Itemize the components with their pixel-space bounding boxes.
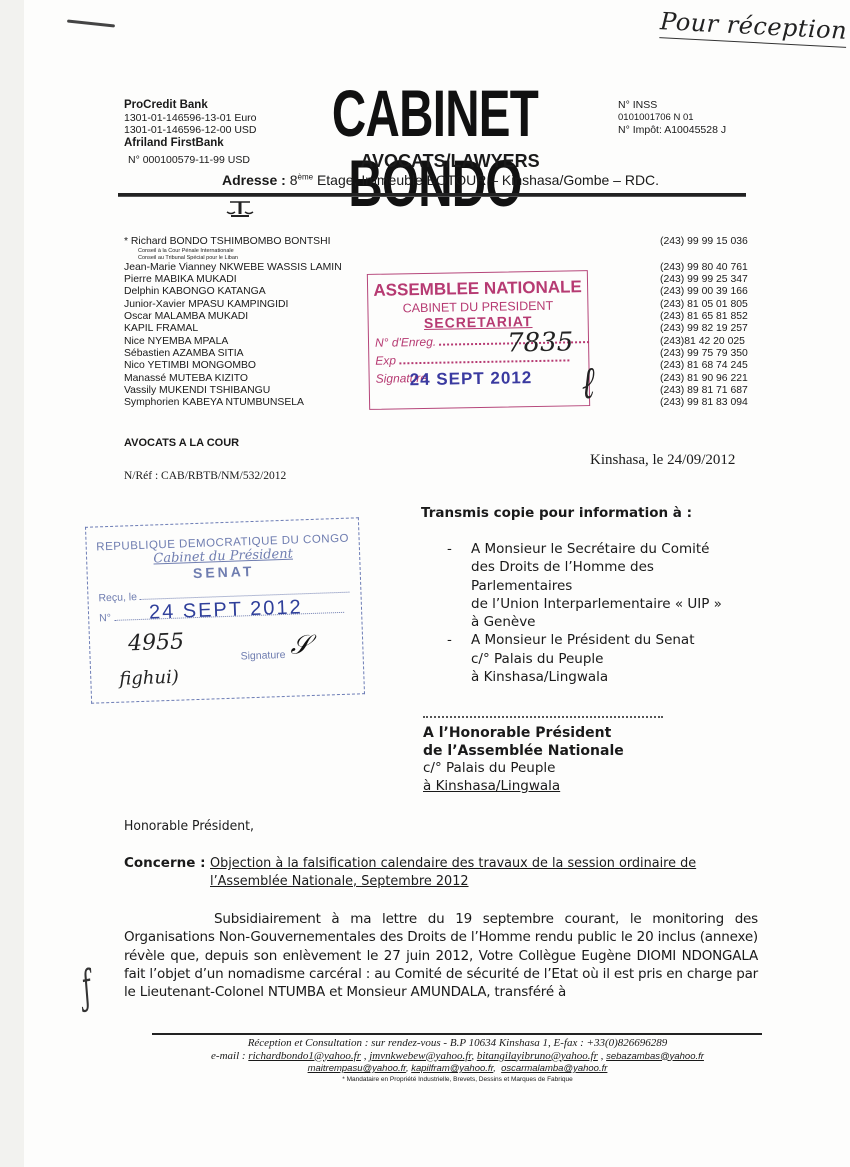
- bank2-account: N° 000100579-11-99 USD: [124, 154, 257, 167]
- email-link[interactable]: sebazambas@yahoo.fr: [606, 1051, 704, 1062]
- bank-details: ProCredit Bank 1301-01-146596-13-01 Euro…: [124, 99, 257, 167]
- lawyer-phone: (243) 99 00 39 166: [660, 286, 748, 298]
- handwritten-note-pour-reception: Pour réception: [659, 7, 847, 48]
- lawyer-phone: (243) 99 81 83 094: [660, 397, 748, 409]
- handwritten-register-number: 7835: [507, 327, 574, 358]
- lawyer-phone: (243) 81 05 01 805: [660, 299, 748, 311]
- stamp-senat-no-label: N°: [99, 612, 111, 624]
- addressee-line3: c/° Palais du Peuple: [423, 760, 624, 778]
- email-link[interactable]: bitangilayibruno@yahoo.fr: [477, 1050, 598, 1062]
- stamp-assemblee-nationale: ASSEMBLEE NATIONALE CABINET DU PRESIDENT…: [367, 270, 590, 410]
- avocats-a-la-cour: AVOCATS A LA COUR: [124, 437, 239, 449]
- handwritten-signature: ℓ: [582, 357, 595, 410]
- lawyers-phones: (243) 99 99 15 036 (243) 99 80 40 761 (2…: [660, 236, 748, 410]
- subject-label: Concerne :: [124, 854, 205, 890]
- email-link[interactable]: oscarmalamba@yahoo.fr: [501, 1063, 607, 1074]
- place-and-date: Kinshasa, le 24/09/2012: [590, 452, 735, 469]
- lawyer-phone: (243) 99 82 19 257: [660, 323, 748, 335]
- addressee-block: A l’Honorable Président de l’Assemblée N…: [423, 725, 624, 795]
- handwritten-senat-note: fighui): [119, 667, 179, 690]
- email-link[interactable]: jmvnkwebew@yahoo.fr: [369, 1050, 471, 1062]
- scales-of-justice-icon: [225, 199, 255, 219]
- lawyer-phone: (243) 81 68 74 245: [660, 360, 748, 372]
- bank1-name: ProCredit Bank: [124, 99, 257, 112]
- stamp-exp-label: Exp: [375, 353, 396, 367]
- lawyer-phone: (243) 99 99 15 036: [660, 236, 748, 248]
- bank1-account-eur: 1301-01-146596-13-01 Euro: [124, 112, 257, 125]
- scan-edge: [0, 0, 24, 1167]
- footer-contact: Réception et Consultation : sur rendez-v…: [140, 1037, 775, 1050]
- stamp-date: 24 SEPT 2012: [410, 368, 533, 390]
- email-link[interactable]: richardbondo1@yahoo.fr: [248, 1050, 361, 1062]
- stamp-senat-recu-label: Reçu, le: [98, 591, 137, 604]
- header-rule: [118, 193, 746, 197]
- address-floor-sup: ème: [298, 172, 314, 181]
- footer-rule: [152, 1033, 762, 1035]
- copies-title: Transmis copie pour information à :: [421, 505, 692, 521]
- email-link[interactable]: maitrempasu@yahoo.fr: [308, 1063, 406, 1074]
- handwritten-senat-signature: 𝒮: [290, 630, 311, 662]
- handwritten-initials: ƒ: [78, 960, 96, 1015]
- stamp-reg-label: N° d'Enreg.: [375, 335, 436, 350]
- bank2-name: Afriland FirstBank: [124, 137, 257, 150]
- subject-line: Concerne : Objection à la falsification …: [124, 854, 764, 890]
- tax-number: N° Impôt: A10045528 J: [618, 124, 726, 137]
- handwritten-senat-number: 4955: [128, 629, 185, 656]
- stamp-senat-date: 24 SEPT 2012: [149, 596, 303, 624]
- lawyer-phone: (243) 81 90 96 221: [660, 373, 748, 385]
- stamp-senat: REPUBLIQUE DEMOCRATIQUE DU CONGO Cabinet…: [85, 517, 365, 703]
- lawyer-note: Conseil au Tribunal Spécial pour le Liba…: [124, 255, 424, 262]
- lawyer-name: * Richard BONDO TSHIMBOMBO BONTSHI: [124, 236, 424, 248]
- lawyer-phone: (243) 99 80 40 761: [660, 262, 748, 274]
- dotted-separator: [423, 716, 663, 718]
- firm-subtitle: AVOCATS/LAWYERS: [330, 151, 570, 172]
- lawyer-phone: (243) 81 65 81 852: [660, 311, 748, 323]
- lawyer-name: Jean-Marie Vianney NKWEBE WASSIS LAMIN: [124, 262, 424, 274]
- registration-ids: N° INSS 0101001706 N 01 N° Impôt: A10045…: [618, 99, 726, 137]
- salutation: Honorable Président,: [124, 818, 254, 834]
- reference-number: N/Réf : CAB/RBTB/NM/532/2012: [124, 470, 286, 482]
- footer-email-label: e-mail :: [211, 1050, 248, 1062]
- address-rest: Etage, Immeuble BOTOUR – Kinshasa/Gombe …: [313, 172, 659, 188]
- stamp-title: ASSEMBLEE NATIONALE: [368, 277, 587, 301]
- lawyer-phone: (243)81 42 20 025: [660, 336, 748, 348]
- inss-value: 0101001706 N 01: [618, 112, 726, 125]
- footer-note: * Mandataire en Propriété Industrielle, …: [140, 1076, 775, 1084]
- inss-label: N° INSS: [618, 99, 726, 112]
- bank1-account-usd: 1301-01-146596-12-00 USD: [124, 124, 257, 137]
- email-link[interactable]: kapilfram@yahoo.fr: [411, 1063, 493, 1074]
- firm-logo-title: CABINET BONDO: [327, 78, 543, 218]
- footer: Réception et Consultation : sur rendez-v…: [140, 1037, 775, 1084]
- copy-recipient: - A Monsieur le Président du Senat c/° P…: [447, 631, 722, 686]
- copy-recipient: - A Monsieur le Secrétaire du Comité des…: [447, 540, 722, 631]
- addressee-line4: à Kinshasa/Lingwala: [423, 778, 624, 796]
- address-label: Adresse :: [222, 172, 286, 188]
- lawyer-note: Conseil à la Cour Pénale Internationale: [124, 248, 424, 255]
- copies-list: - A Monsieur le Secrétaire du Comité des…: [447, 540, 722, 686]
- lawyer-phone: (243) 89 81 71 687: [660, 385, 748, 397]
- lawyer-phone: (243) 99 99 25 347: [660, 274, 748, 286]
- firm-address: Adresse : 8ème Etage, Immeuble BOTOUR – …: [222, 172, 659, 188]
- address-floor: 8: [290, 172, 298, 188]
- stamp-senat-sig-label: Signature: [240, 649, 285, 663]
- lawyer-phone: (243) 99 75 79 350: [660, 348, 748, 360]
- addressee-line1: A l’Honorable Président: [423, 725, 624, 743]
- pen-mark: [67, 19, 115, 27]
- letter-paragraph: Subsidiairement à ma lettre du 19 septem…: [124, 910, 758, 1001]
- subject-text: Objection à la falsification calendaire …: [210, 854, 736, 890]
- addressee-line2: de l’Assemblée Nationale: [423, 743, 624, 761]
